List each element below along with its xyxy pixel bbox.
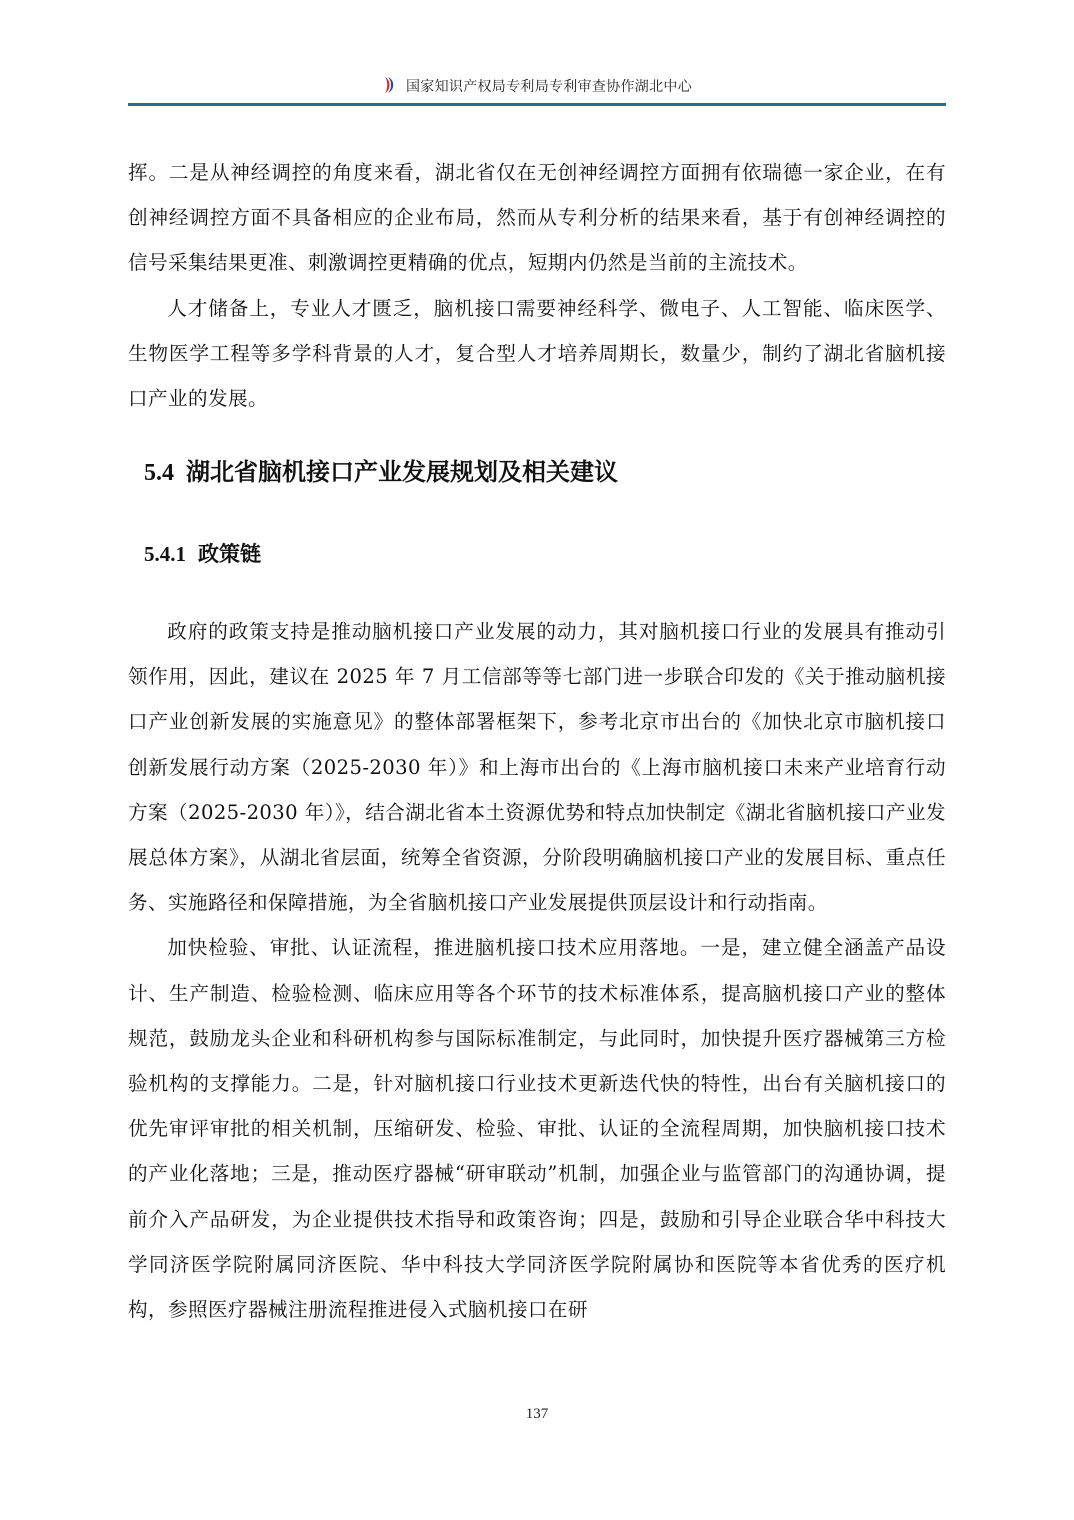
page-number: 137	[0, 1406, 1074, 1423]
section-number: 5.4	[144, 460, 174, 486]
header-title-row: 国家知识产权局专利局专利审查协作湖北中心	[128, 76, 946, 97]
subsection-heading: 5.4.1政策链	[144, 536, 261, 572]
paragraph-approval-process: 加快检验、审批、认证流程，推进脑机接口技术应用落地。一是，建立健全涵盖产品设计、…	[128, 925, 946, 1332]
page-header: 国家知识产权局专利局专利审查协作湖北中心	[128, 72, 946, 108]
section-title: 湖北省脑机接口产业发展规划及相关建议	[186, 458, 618, 486]
paragraph-policy-support: 政府的政策支持是推动脑机接口产业发展的动力，其对脑机接口行业的发展具有推动引领作…	[128, 609, 946, 925]
subsection-title: 政策链	[198, 542, 261, 566]
paragraph-talent: 人才储备上，专业人才匮乏，脑机接口需要神经科学、微电子、人工智能、临床医学、生物…	[128, 286, 946, 422]
header-title: 国家知识产权局专利局专利审查协作湖北中心	[406, 79, 692, 95]
section-heading: 5.4湖北省脑机接口产业发展规划及相关建议	[144, 452, 618, 493]
organization-logo-icon	[382, 76, 396, 94]
paragraph-continued: 挥。二是从神经调控的角度来看，湖北省仅在无创神经调控方面拥有依瑞德一家企业，在有…	[128, 150, 946, 286]
header-divider	[128, 103, 946, 106]
document-body: 挥。二是从神经调控的角度来看，湖北省仅在无创神经调控方面拥有依瑞德一家企业，在有…	[128, 150, 946, 421]
subsection-number: 5.4.1	[144, 542, 186, 566]
subsection-body: 政府的政策支持是推动脑机接口产业发展的动力，其对脑机接口行业的发展具有推动引领作…	[128, 609, 946, 1332]
